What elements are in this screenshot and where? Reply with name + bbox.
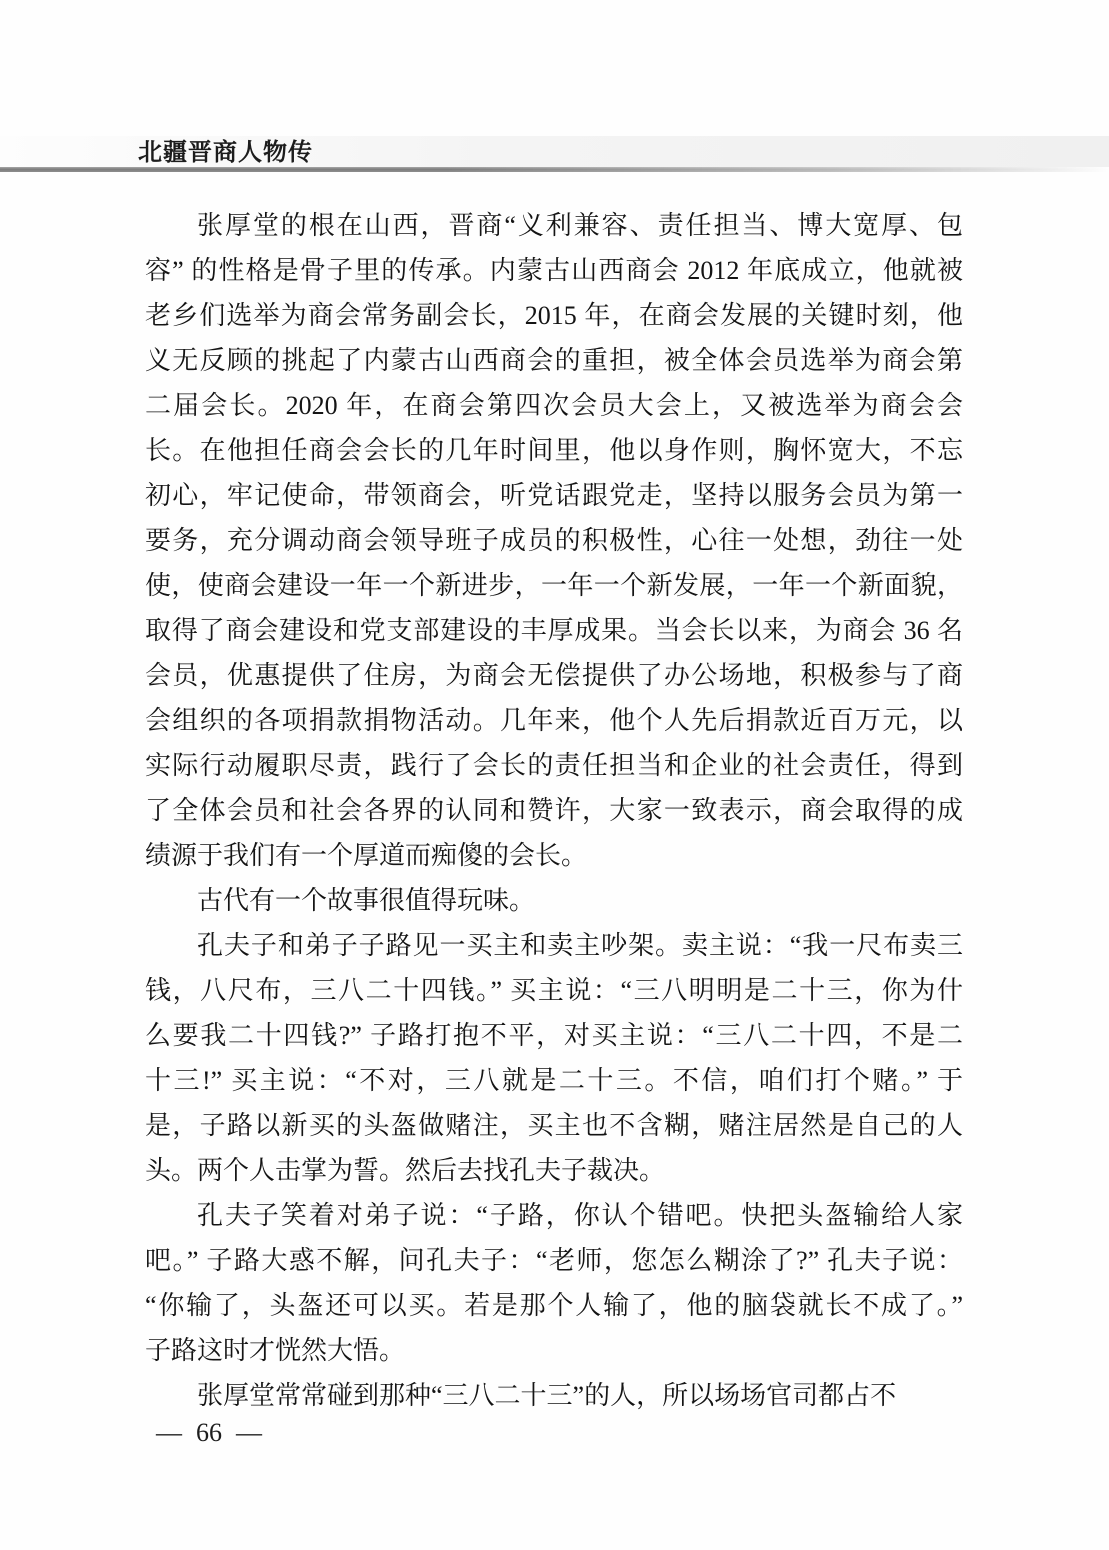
body-line: 钱，八尺布，三八二十四钱。” 买主说：“三八明明是二十三，你为什 <box>145 968 963 1013</box>
body-line: 张厚堂的根在山西，晋商“义利兼容、责任担当、博大宽厚、包 <box>145 203 963 248</box>
body-line: 会组织的各项捐款捐物活动。几年来，他个人先后捐款近百万元，以 <box>145 698 963 743</box>
body-line: 头。两个人击掌为誓。然后去找孔夫子裁决。 <box>145 1148 963 1193</box>
body-line: 初心，牢记使命，带领商会，听党话跟党走，坚持以服务会员为第一 <box>145 473 963 518</box>
body-line: 要务，充分调动商会领导班子成员的积极性，心往一处想，劲往一处 <box>145 518 963 563</box>
body-line: 是，子路以新买的头盔做赌注，买主也不含糊，赌注居然是自己的人 <box>145 1103 963 1148</box>
page-footer: —66— <box>156 1418 262 1448</box>
page-number: 66 <box>196 1418 222 1447</box>
body-line: 吧。” 子路大惑不解，问孔夫子：“老师，您怎么糊涂了?” 孔夫子说： <box>145 1238 963 1283</box>
body-line: 张厚堂常常碰到那种“三八二十三”的人，所以场场官司都占不 <box>145 1373 963 1418</box>
body-line: 会员，优惠提供了住房，为商会无偿提供了办公场地，积极参与了商 <box>145 653 963 698</box>
body-line: 容” 的性格是骨子里的传承。内蒙古山西商会 2012 年底成立，他就被 <box>145 248 963 293</box>
body-line: 十三!” 买主说：“不对，三八就是二十三。不信，咱们打个赌。” 于 <box>145 1058 963 1103</box>
body-line: 老乡们选举为商会常务副会长，2015 年，在商会发展的关键时刻，他 <box>145 293 963 338</box>
page-body: 张厚堂的根在山西，晋商“义利兼容、责任担当、博大宽厚、包容” 的性格是骨子里的传… <box>145 203 963 1418</box>
body-line: 古代有一个故事很值得玩味。 <box>145 878 963 923</box>
body-line: 么要我二十四钱?” 子路打抱不平，对买主说：“三八二十四，不是二 <box>145 1013 963 1058</box>
body-line: 取得了商会建设和党支部建设的丰厚成果。当会长以来，为商会 36 名 <box>145 608 963 653</box>
body-line: 使，使商会建设一年一个新进步，一年一个新发展，一年一个新面貌， <box>145 563 963 608</box>
body-line: 二届会长。2020 年，在商会第四次会员大会上，又被选举为商会会 <box>145 383 963 428</box>
body-line: 长。在他担任商会会长的几年时间里，他以身作则，胸怀宽大，不忘 <box>145 428 963 473</box>
body-line: 子路这时才恍然大悟。 <box>145 1328 963 1373</box>
running-header-title: 北疆晋商人物传 <box>138 132 313 167</box>
body-line: 义无反顾的挑起了内蒙古山西商会的重担，被全体会员选举为商会第 <box>145 338 963 383</box>
body-line: “你输了，头盔还可以买。若是那个人输了，他的脑袋就长不成了。” <box>145 1283 963 1328</box>
body-line: 孔夫子和弟子子路见一买主和卖主吵架。卖主说：“我一尺布卖三 <box>145 923 963 968</box>
body-line: 了全体会员和社会各界的认同和赞许，大家一致表示，商会取得的成 <box>145 788 963 833</box>
body-line: 实际行动履职尽责，践行了会长的责任担当和企业的社会责任，得到 <box>145 743 963 788</box>
header-rule <box>0 167 1109 172</box>
book-page: 北疆晋商人物传 张厚堂的根在山西，晋商“义利兼容、责任担当、博大宽厚、包容” 的… <box>0 0 1109 1550</box>
body-line: 孔夫子笑着对弟子说：“子路，你认个错吧。快把头盔输给人家 <box>145 1193 963 1238</box>
footer-left-dash: — <box>156 1418 182 1447</box>
body-line: 绩源于我们有一个厚道而痴傻的会长。 <box>145 833 963 878</box>
footer-right-dash: — <box>236 1418 262 1447</box>
